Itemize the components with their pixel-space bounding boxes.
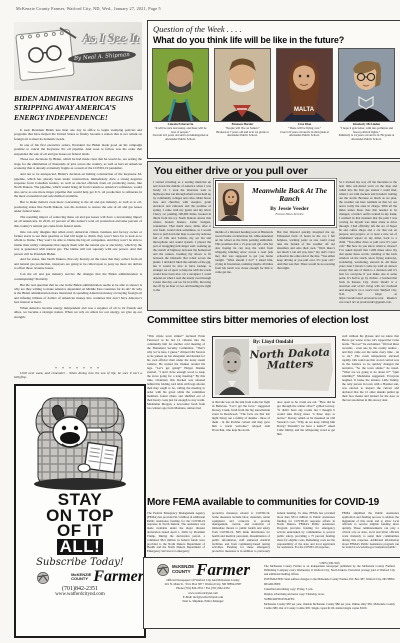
omdahl-column-3: door open so he could see out. “How did … xyxy=(277,400,335,492)
editorial-paragraph: One can only imagine that when every Ame… xyxy=(14,230,142,256)
ranch-credit: Forum News Service xyxy=(247,212,332,216)
person-photo xyxy=(152,48,209,122)
omdahl-byline: By: Lloyd Omdahl xyxy=(253,340,293,345)
fema-column-1: The Federal Emergency Management Agency … xyxy=(147,512,205,553)
editorial-paragraph: In one of his first executive orders, Pr… xyxy=(14,143,142,156)
omdahl-column-2: at that she was on the lam from some bar… xyxy=(212,400,270,492)
ad-website: www.watfordcitynd.com xyxy=(16,592,144,597)
newspaper-page: McKenzie County Farmer, Watford City, ND… xyxy=(0,0,400,643)
masthead-logo: McKENZIE COUNTY Farmer xyxy=(144,561,262,578)
person-caption: Cree Dion “There will be flying cars.” C… xyxy=(276,123,333,138)
veeder-column-1: I started traveling as a touring musicia… xyxy=(153,180,211,306)
veeder-column-4: So I trucked my way off the interstate t… xyxy=(339,180,397,306)
editorial-body: It took President Biden less than one da… xyxy=(14,128,142,366)
as-i-see-it-graphic: As I See It By Neal A. Shipman xyxy=(14,22,142,90)
masthead-box: McKENZIE COUNTY Farmer Official Newspape… xyxy=(143,557,400,629)
person-caption: Branson Harder “People will live on Satu… xyxy=(214,123,271,138)
ranch-header-box: Meanwhile Back At The Ranch By Jessie Ve… xyxy=(215,180,335,226)
dog-reading-newspaper-illustration xyxy=(30,388,130,492)
omdahl-photo xyxy=(215,339,249,397)
fema-column-3: federal funding. To date, FEMA has provi… xyxy=(277,512,335,553)
masked-child-portrait xyxy=(215,49,270,121)
pumpjack-icon xyxy=(156,563,170,577)
question-title: Question of the Week . . . . xyxy=(153,24,400,34)
editorial-paragraph: But the real question that no one in the… xyxy=(14,283,142,305)
masthead-left: McKENZIE COUNTY Farmer Official Newspape… xyxy=(144,558,262,628)
editorial-paragraph: The resulting impact of removing these o… xyxy=(14,215,142,228)
veeder-headline: You either drive or you pull over xyxy=(154,165,400,177)
editorial-paragraph: When America became energy independent a… xyxy=(14,306,142,319)
question-person: Branson Harder “People will live on Satu… xyxy=(214,48,271,142)
editorial-paragraph: And for states, like North Dakota, that … xyxy=(14,257,142,270)
editorial-paragraph: And not to be unexpected, Biden’s decisi… xyxy=(14,172,142,198)
ad-headline: STAY ON TOP OF IT ALL! xyxy=(16,492,144,555)
fema-headline: More FEMA available to communities for C… xyxy=(147,497,399,508)
veeder-column-2: middle of a blizzard heading west of Bis… xyxy=(215,230,273,306)
editorial-paragraph: It took President Biden less than one da… xyxy=(14,128,142,141)
columnist-photo xyxy=(218,183,244,221)
farmer-logo: McKENZIE COUNTY Farmer xyxy=(16,569,144,585)
nd-matters-script: North Dakota Matters xyxy=(247,348,334,373)
omdahl-headline: Committee stirs bitter memories of elect… xyxy=(147,314,399,326)
subscribe-ad: STAY ON TOP OF IT ALL! Subscribe Today! … xyxy=(14,384,146,638)
question-photo-row: Lincoln Echevarria “It will be nice and … xyxy=(148,48,400,142)
teen-with-glasses-portrait xyxy=(339,49,394,121)
veeder-column-box: You either drive or you pull over I star… xyxy=(147,161,400,311)
veeder-column-3: But that blizzard quickly morphed me up.… xyxy=(277,230,335,306)
subscribe-cta: Subscribe Today! xyxy=(16,557,144,568)
editorial-paragraph: Can the oil and gas industry survive the… xyxy=(14,272,142,281)
pumpjack-icon xyxy=(36,571,50,585)
question-person: Kimberly McLinden “I hope it gets better… xyxy=(338,48,395,142)
person-caption: Kimberly McLinden “I hope it gets better… xyxy=(338,123,395,142)
omdahl-column-1: “This whole town stinks!” declared Ernie… xyxy=(147,334,205,492)
editorial-headline: BIDEN ADMINISTRATION BEGINS STRIPPING AW… xyxy=(14,94,142,122)
masked-child-portrait xyxy=(153,49,208,121)
person-caption: Lincoln Echevarria “It will be nice and … xyxy=(152,123,209,142)
editorial-closing: Until next week, and remember - When div… xyxy=(14,371,142,380)
person-photo: MALTA xyxy=(276,48,333,122)
masthead-right: USPS (336-350) The McKenzie County Farme… xyxy=(262,558,400,628)
fema-column-4: FEMA amplified the Public Assistance app… xyxy=(342,512,399,553)
editorial-paragraph: Those two decisions by Biden, which he h… xyxy=(14,157,142,170)
editorial-paragraph: But to make matters even more concerning… xyxy=(14,200,142,213)
page-header: McKenzie County Farmer, Watford City, ND… xyxy=(16,6,161,11)
person-photo xyxy=(338,48,395,122)
question-text: What do you think life will be like in t… xyxy=(153,35,400,45)
as-i-see-it-title: As I See It xyxy=(82,30,138,46)
north-dakota-matters-logo-box: By: Lloyd Omdahl North Dakota Matters xyxy=(212,336,336,398)
veeder-attribution: Jessie Veeder is a musician and writer l… xyxy=(339,280,397,304)
fema-column-2: protective measures related to COVID-19.… xyxy=(212,512,270,553)
question-person: Lincoln Echevarria “It will be nice and … xyxy=(152,48,209,142)
ranch-title: Meanwhile Back At The Ranch xyxy=(247,187,332,203)
question-of-week-box: Question of the Week . . . . What do you… xyxy=(147,20,400,159)
person-photo xyxy=(214,48,271,122)
svg-text:MALTA: MALTA xyxy=(294,107,315,113)
question-person: MALTA Cree Dion “There will be flying ca… xyxy=(276,48,333,142)
omdahl-column-4: well without his glasses and we knew tha… xyxy=(342,334,399,492)
girl-portrait: MALTA xyxy=(277,49,332,121)
